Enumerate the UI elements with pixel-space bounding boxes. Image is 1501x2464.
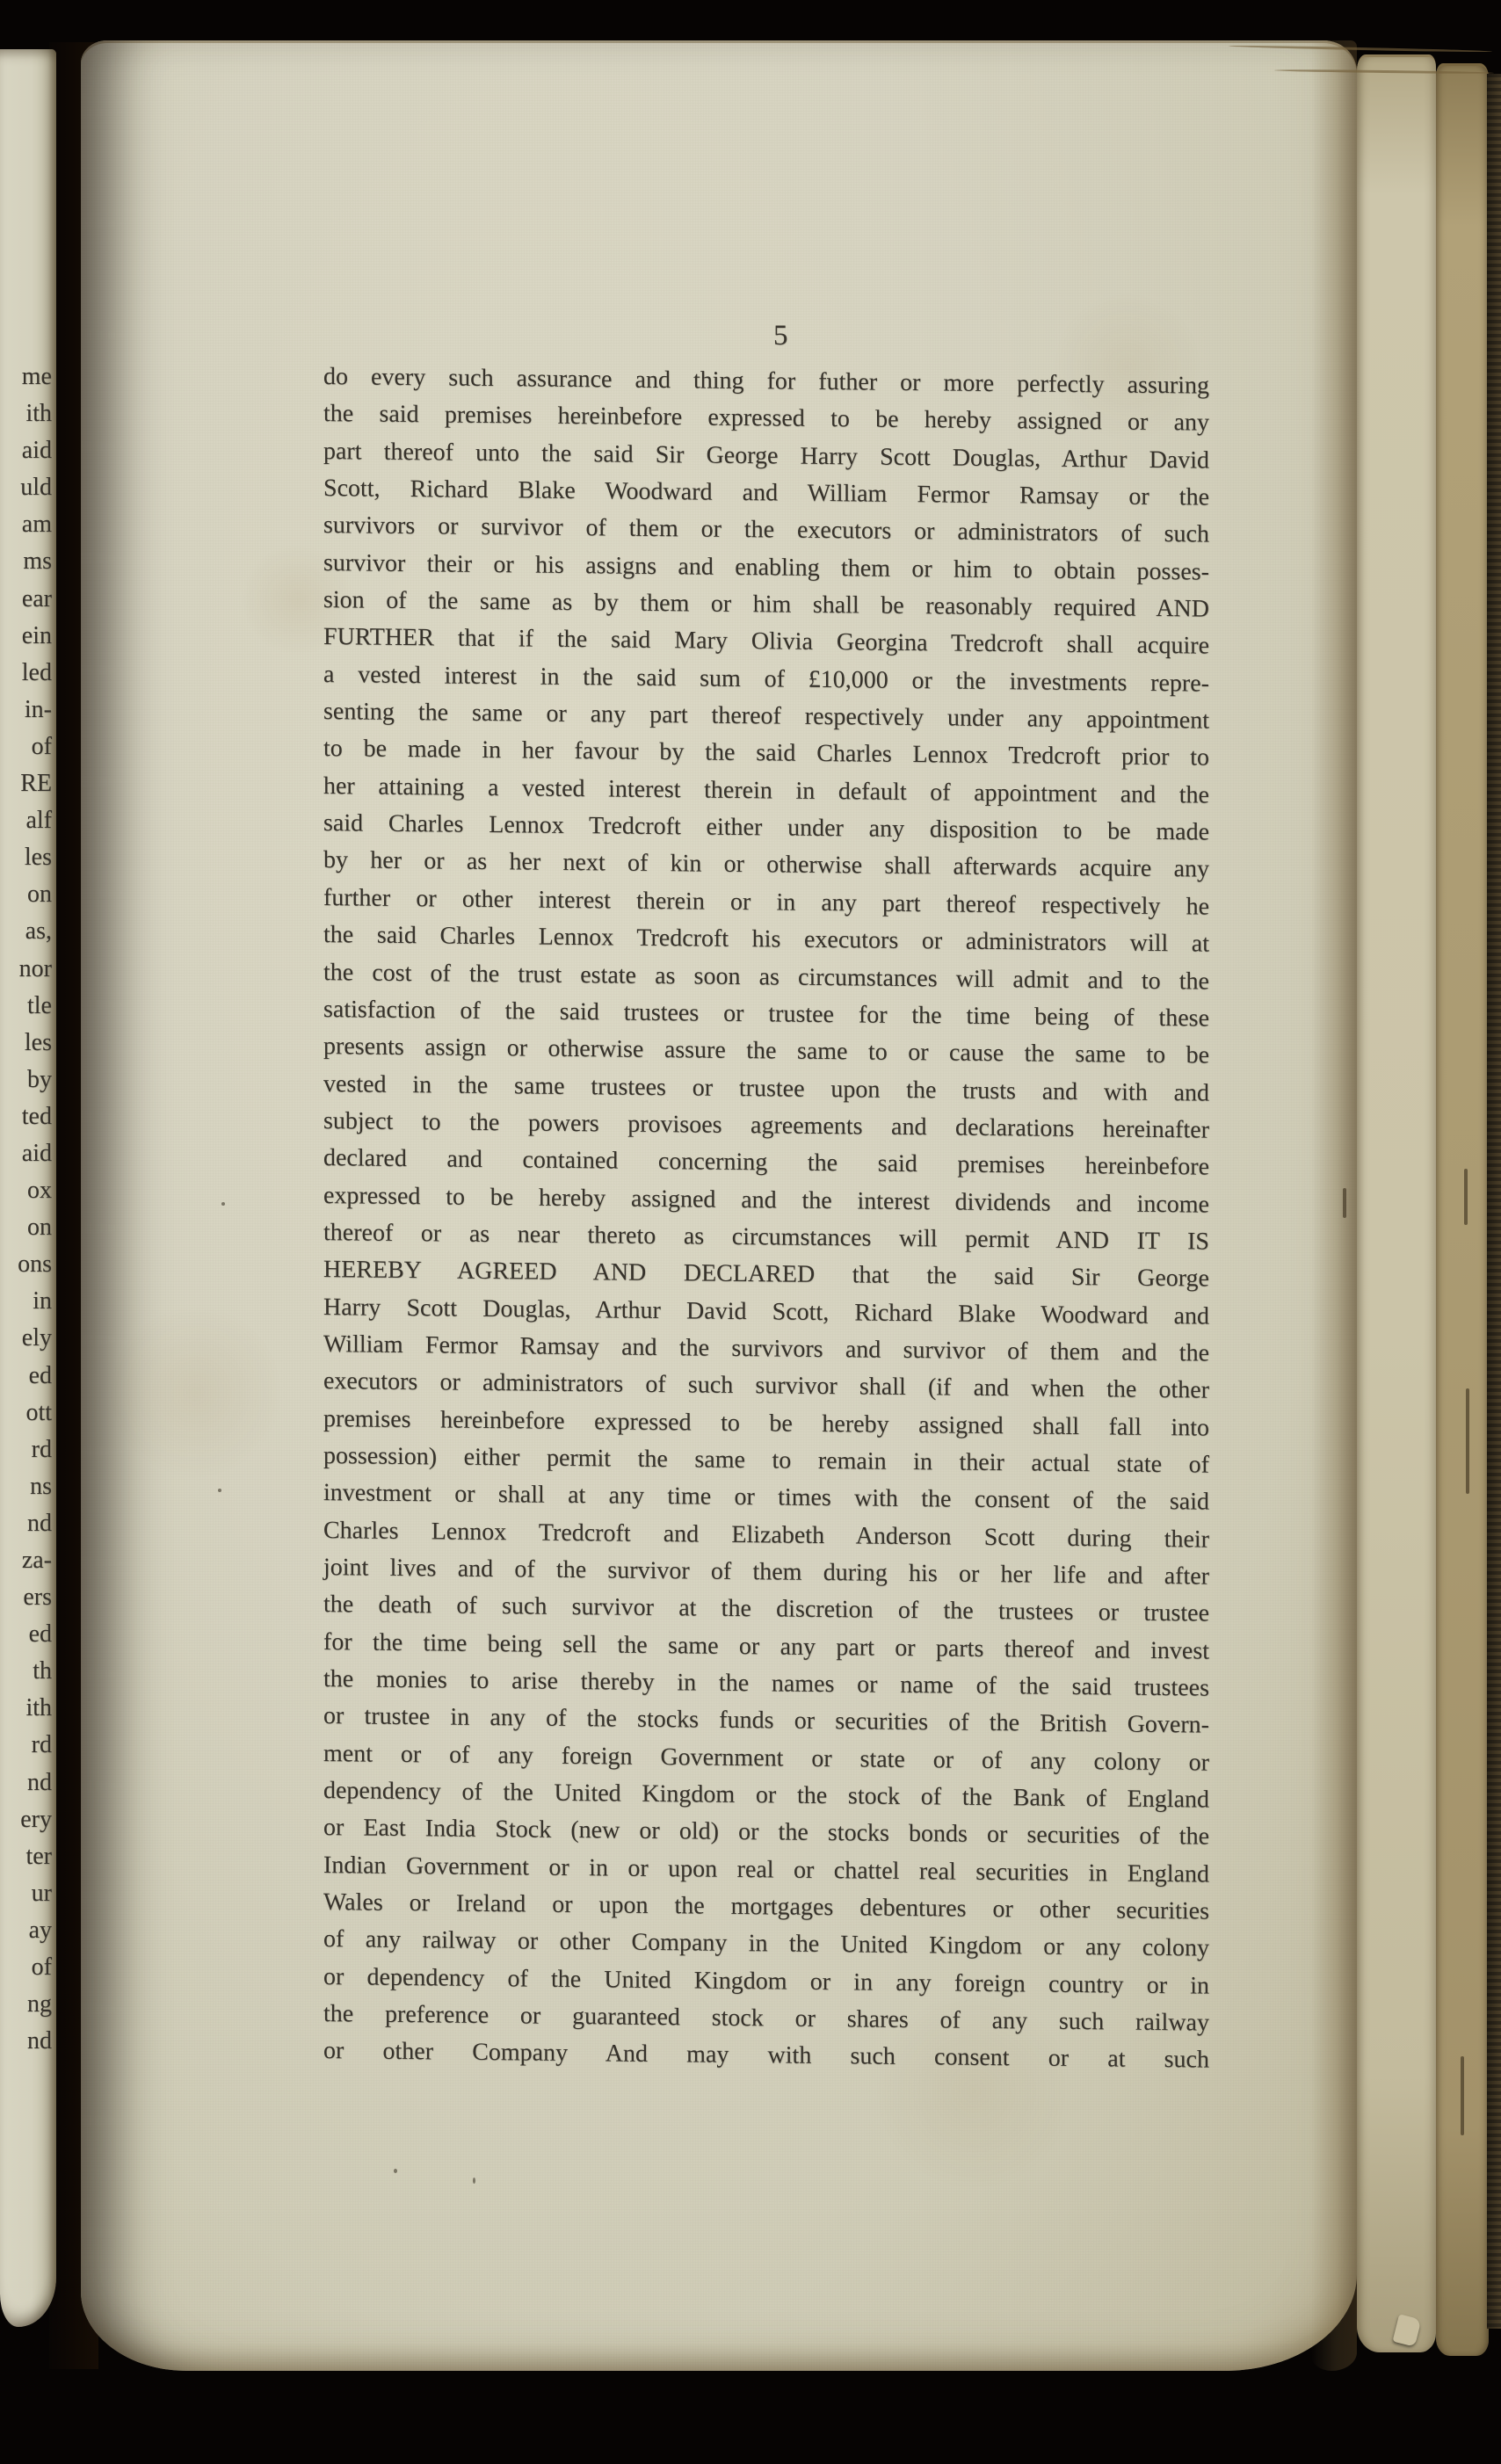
line-fragment: ein	[0, 618, 52, 655]
line-fragment: rd	[0, 1727, 52, 1764]
line-fragment: za-	[0, 1542, 52, 1579]
page-edge-streak	[1343, 1188, 1346, 1218]
binding-cloth-edge	[1487, 74, 1501, 2329]
line-fragment: rd	[0, 1431, 52, 1468]
line-fragment: ms	[0, 543, 52, 580]
line-fragment: on	[0, 876, 52, 913]
line-fragment: of	[0, 1949, 52, 1986]
line-fragment: ur	[0, 1875, 52, 1912]
line-fragment: in-	[0, 692, 52, 728]
line-fragment: ed	[0, 1358, 52, 1395]
facing-page-edge: meithaiduldammseareinledin-ofREalflesona…	[0, 49, 56, 2327]
line-fragment: ox	[0, 1172, 52, 1209]
line-fragment: nd	[0, 2023, 52, 2060]
facing-page-line-fragments: meithaiduldammseareinledin-ofREalflesona…	[0, 359, 52, 2060]
paper-speck	[218, 1489, 221, 1492]
book-page: 5 do every such assurance and thing for …	[81, 40, 1357, 2371]
paper-speck	[394, 2169, 397, 2173]
line-fragment: les	[0, 1025, 52, 1062]
line-fragment: ely	[0, 1320, 52, 1357]
line-fragment: nor	[0, 951, 52, 988]
line-fragment: ers	[0, 1579, 52, 1616]
line-fragment: th	[0, 1653, 52, 1690]
line-fragment: in	[0, 1283, 52, 1320]
fore-edge-pages-tan	[1436, 63, 1489, 2356]
line-fragment: ted	[0, 1098, 52, 1135]
page-fold-shading	[1311, 40, 1357, 2371]
line-fragment: ott	[0, 1395, 52, 1431]
line-fragment: nd	[0, 1505, 52, 1542]
line-fragment: am	[0, 506, 52, 543]
line-fragment: ng	[0, 1986, 52, 2023]
line-fragment: tle	[0, 988, 52, 1025]
page-edge-streak	[1464, 1169, 1468, 1225]
line-fragment: nd	[0, 1765, 52, 1801]
line-fragment: me	[0, 359, 52, 395]
line-fragment: RE	[0, 765, 52, 802]
book-scan: meithaiduldammseareinledin-ofREalflesona…	[0, 0, 1501, 2464]
line-fragment: by	[0, 1062, 52, 1098]
line-fragment: ns	[0, 1468, 52, 1505]
page-number: 5	[773, 320, 788, 352]
line-fragment: as,	[0, 913, 52, 950]
line-fragment: ith	[0, 395, 52, 432]
line-fragment: ery	[0, 1801, 52, 1838]
line-fragment: ed	[0, 1616, 52, 1653]
line-fragment: ith	[0, 1690, 52, 1727]
line-fragment: on	[0, 1209, 52, 1246]
line-fragment: aid	[0, 1135, 52, 1172]
line-fragment: alf	[0, 802, 52, 839]
paper-speck	[473, 2178, 475, 2184]
line-fragment: of	[0, 728, 52, 765]
line-fragment: led	[0, 655, 52, 692]
page-edge-streak	[1466, 1388, 1469, 1494]
body-text: do every such assurance and thing for fu…	[323, 359, 1209, 2079]
line-fragment: uld	[0, 469, 52, 506]
fore-edge-pages-light	[1357, 54, 1436, 2352]
line-fragment: ter	[0, 1838, 52, 1875]
line-fragment: ear	[0, 581, 52, 618]
line-fragment: ons	[0, 1246, 52, 1283]
paper-speck	[221, 1202, 225, 1206]
line-fragment: aid	[0, 432, 52, 469]
page-edge-streak	[1461, 2056, 1464, 2135]
line-fragment: ay	[0, 1912, 52, 1949]
line-fragment: les	[0, 839, 52, 876]
